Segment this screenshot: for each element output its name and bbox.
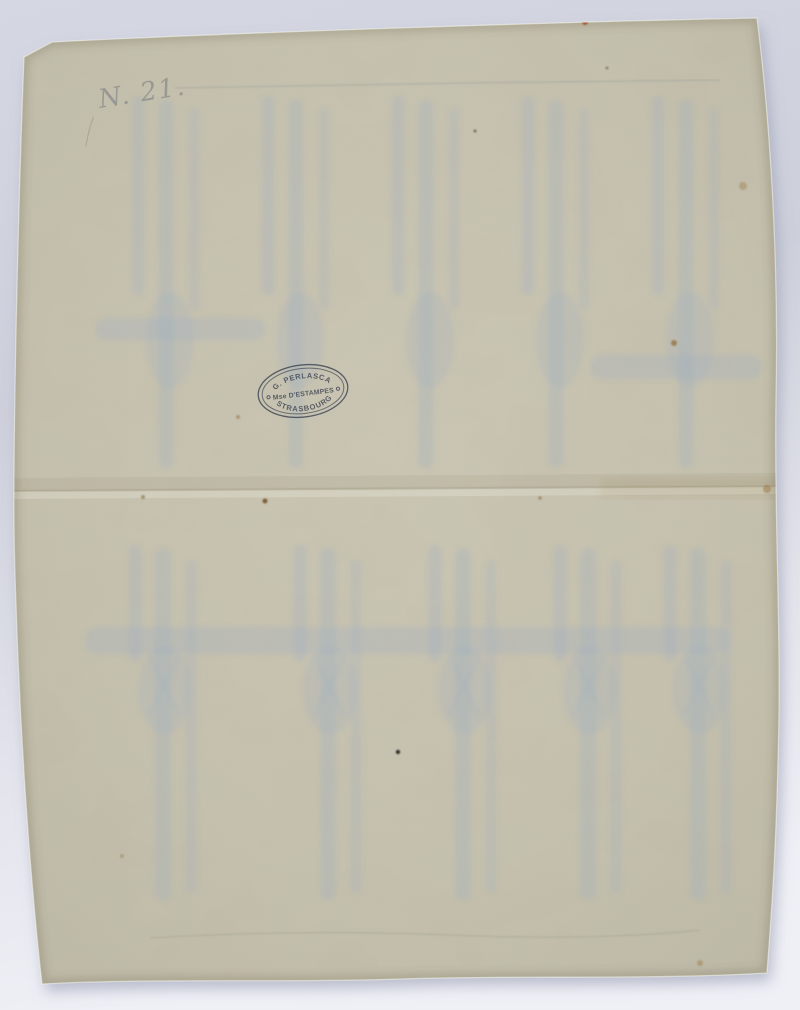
foxing-spot [763,485,771,493]
foxing-spot [671,340,677,346]
foxing-spot [141,495,145,499]
foxing-spot [120,854,124,858]
foxing-spot [396,750,400,754]
foxing-spot [606,67,609,70]
foxing-spot [697,960,703,966]
foxing-spot [474,130,477,133]
artwork-photo: G. PERLASCA Mse D'ESTAMPES STRASBOURG N.… [0,0,800,1010]
ghost-musket-band [85,627,730,654]
foxing-spot [263,499,268,504]
photograph-of-print-verso: G. PERLASCA Mse D'ESTAMPES STRASBOURG N.… [0,0,800,1010]
foxing-spot [236,415,240,419]
foxing-spot [538,496,542,500]
foxing-spot [739,182,747,190]
